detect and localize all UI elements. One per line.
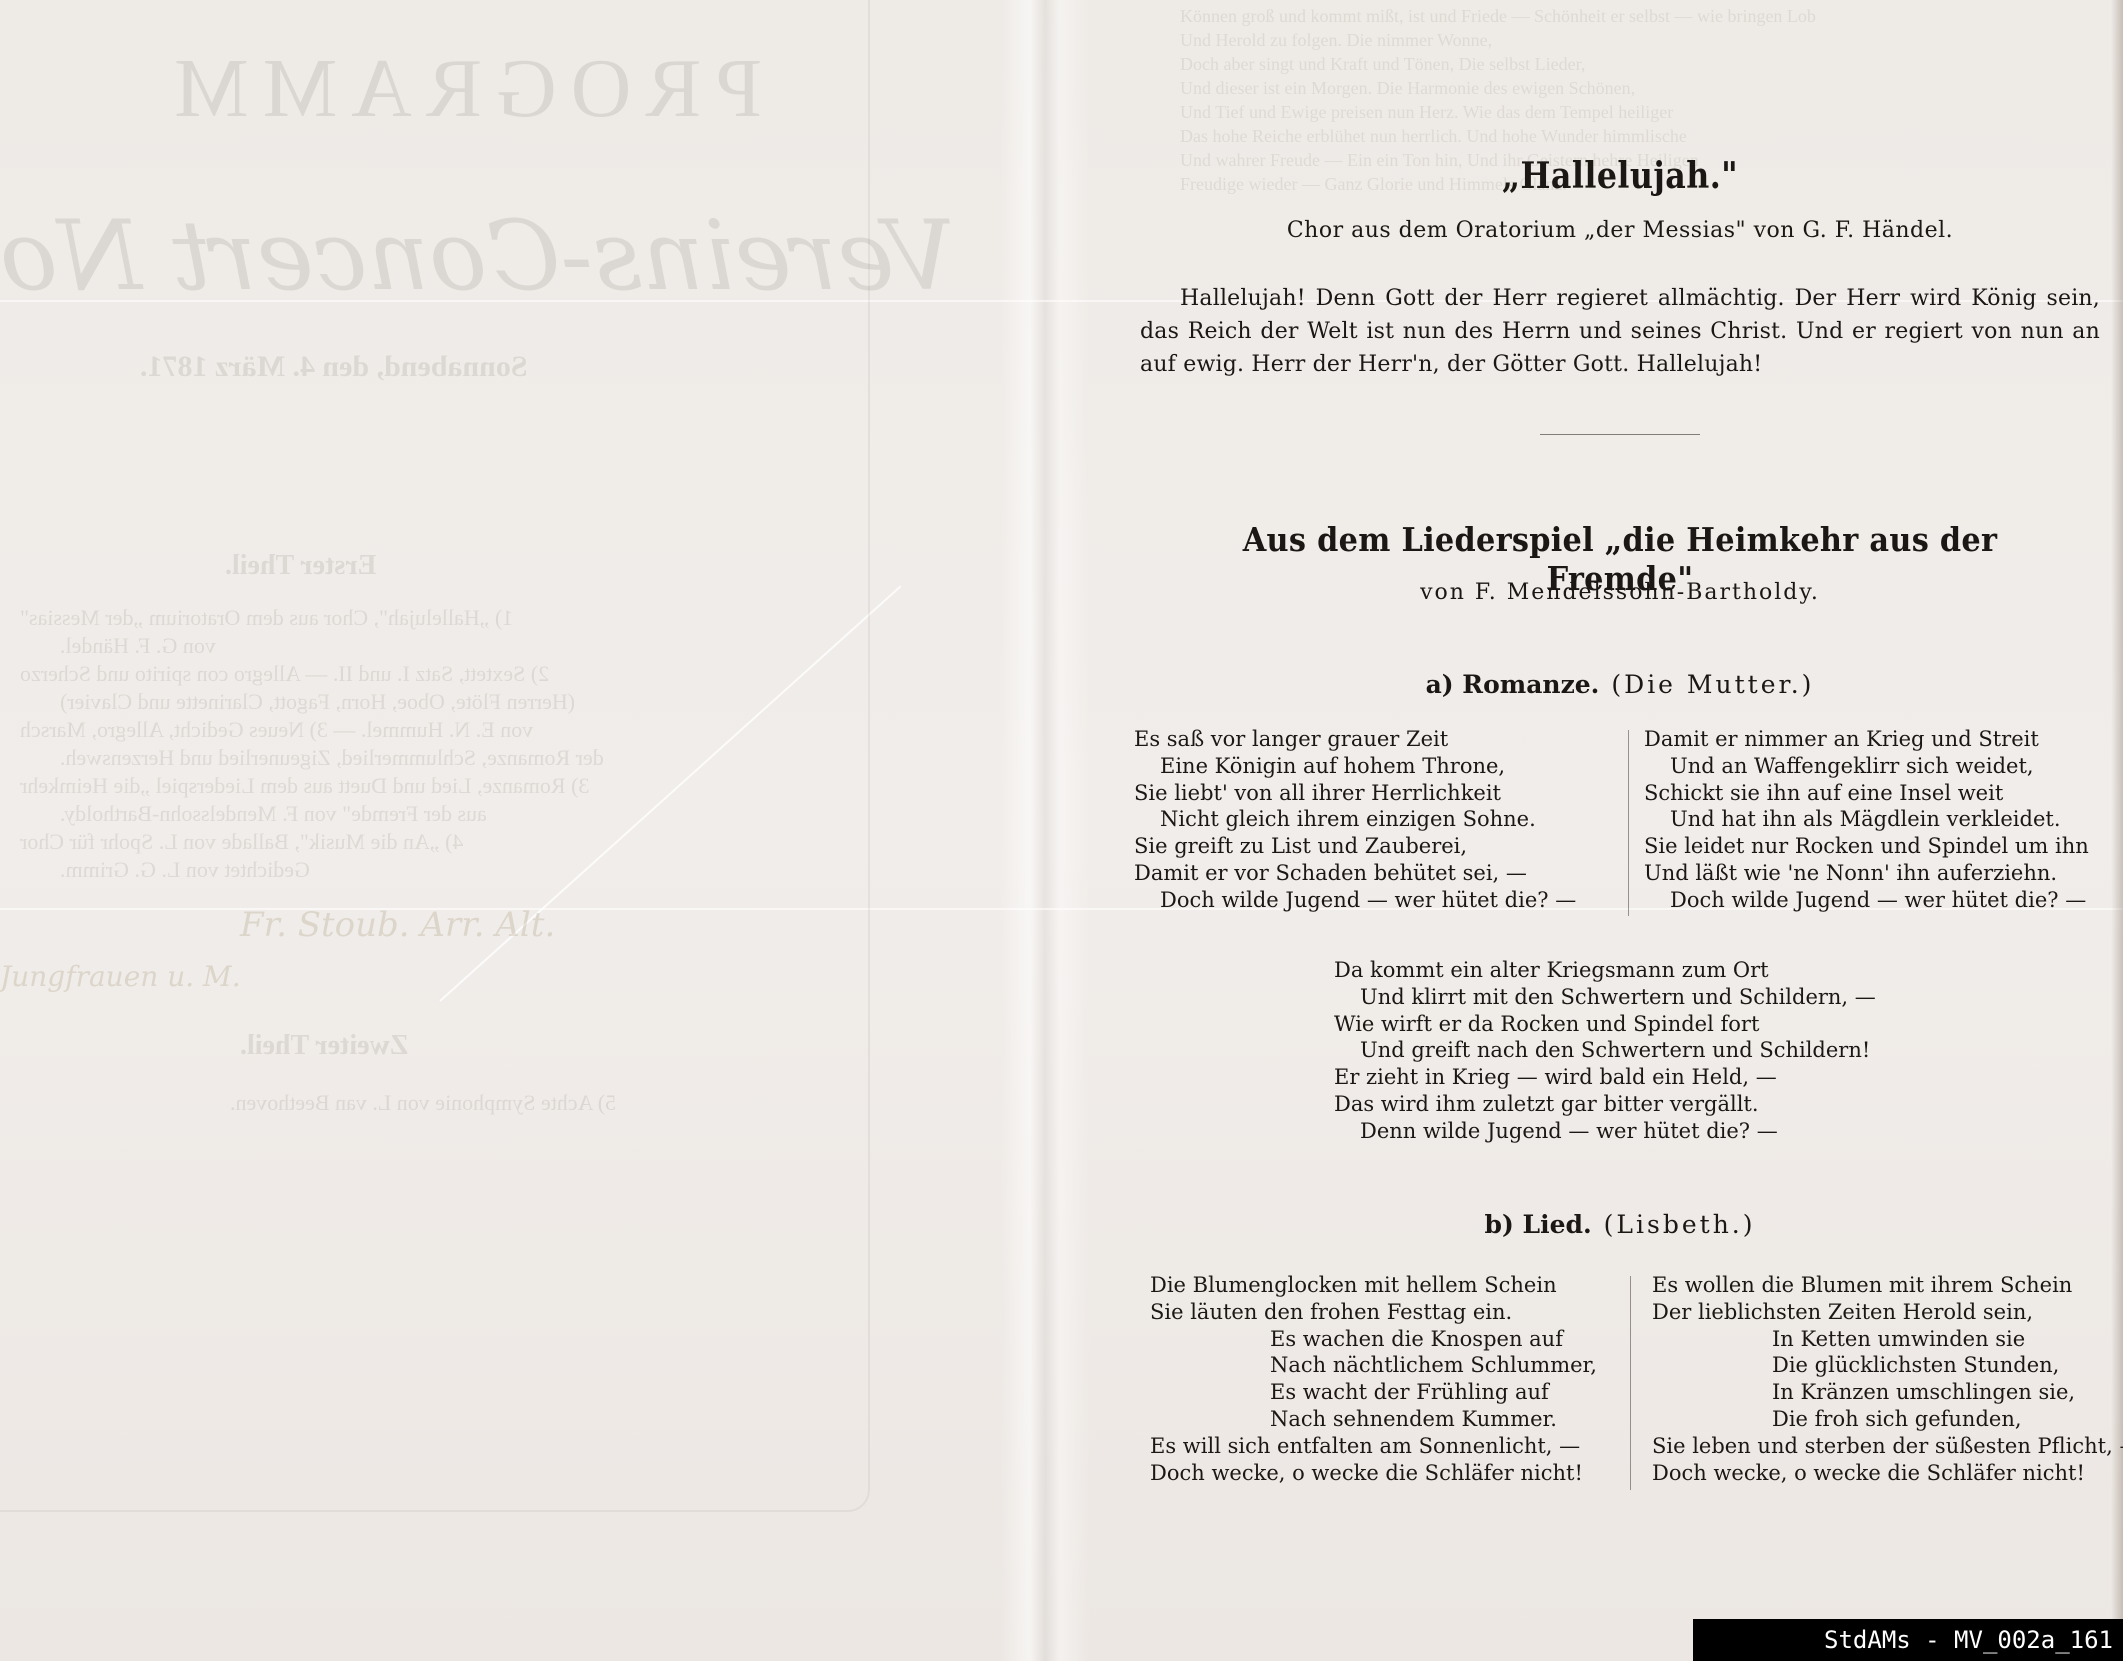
bleedthrough-line: Und dieser ist ein Morgen. Die Harmonie … xyxy=(1180,76,2100,100)
verse-line: Damit er vor Schaden behütet sei, — xyxy=(1134,860,1576,887)
hallelujah-title: „Hallelujah." xyxy=(1198,155,2043,197)
verse-line: Wie wirft er da Rocken und Spindel fort xyxy=(1334,1011,1876,1038)
lied-singer: (Lisbeth.) xyxy=(1604,1210,1756,1239)
bleedthrough-line: Und Tief und Ewige preisen nun Herz. Wie… xyxy=(1180,100,2100,124)
romanze-label: a) Romanze. xyxy=(1426,670,1600,699)
verse-line: Sie leidet nur Rocken und Spindel um ihn xyxy=(1644,833,2089,860)
verse-line: Und an Waffengeklirr sich weidet, xyxy=(1644,753,2089,780)
verse-line: Es wollen die Blumen mit ihrem Schein xyxy=(1652,1272,2123,1299)
romanze-left-column: Es saß vor langer grauer ZeitEine Königi… xyxy=(1134,726,1576,914)
bleedthrough-title: PROGRAMM xyxy=(160,40,762,137)
section-separator xyxy=(1540,434,1700,435)
verse-line: Es wacht der Frühling auf xyxy=(1150,1379,1597,1406)
verse-line: Es saß vor langer grauer Zeit xyxy=(1134,726,1576,753)
verse-line: Doch wecke, o wecke die Schläfer nicht! xyxy=(1652,1460,2123,1487)
bleedthrough-part2-heading: Zweiter Theil. xyxy=(240,1030,409,1062)
bleedthrough-line: 2) Sextett, Satz I. und II. — Allegro co… xyxy=(20,661,549,687)
bleedthrough-date: Sonnabend, den 4. März 1871. xyxy=(140,350,528,384)
verse-line: Und läßt wie 'ne Nonn' ihn auferziehn. xyxy=(1644,860,2089,887)
verse-line: Doch wilde Jugend — wer hütet die? — xyxy=(1134,887,1576,914)
verse-line: Die Blumenglocken mit hellem Schein xyxy=(1150,1272,1597,1299)
verse-line: Sie liebt' von all ihrer Herrlichkeit xyxy=(1134,780,1576,807)
verse-line: Und hat ihn als Mägdlein verkleidet. xyxy=(1644,806,2089,833)
verse-line: Nach nächtlichem Schlummer, xyxy=(1150,1352,1597,1379)
verse-line: Eine Königin auf hohem Throne, xyxy=(1134,753,1576,780)
hallelujah-lyrics: Hallelujah! Denn Gott der Herr regieret … xyxy=(1140,282,2100,381)
verse-line: Es will sich entfalten am Sonnenlicht, — xyxy=(1150,1433,1597,1460)
bleedthrough-line: Das hohe Reiche erblühet nun herrlich. U… xyxy=(1180,124,2100,148)
archive-stamp: StdAMs - MV_002a_161 xyxy=(1693,1619,2123,1661)
bleedthrough-line: aus der Fremde" von F. Mendelssohn-Barth… xyxy=(60,801,487,827)
verse-line: Da kommt ein alter Kriegsmann zum Ort xyxy=(1334,957,1876,984)
romanze-center-stanza: Da kommt ein alter Kriegsmann zum OrtUnd… xyxy=(1334,957,1876,1145)
verse-line: Doch wecke, o wecke die Schläfer nicht! xyxy=(1150,1460,1597,1487)
verse-line: Das wird ihm zuletzt gar bitter vergällt… xyxy=(1334,1091,1876,1118)
verse-line: Und klirrt mit den Schwertern und Schild… xyxy=(1334,984,1876,1011)
handwritten-note: Jungfrauen u. M. xyxy=(0,960,241,993)
bleedthrough-line: von G. F. Händel. xyxy=(60,633,216,659)
verse-line: Die glücklichsten Stunden, xyxy=(1652,1352,2123,1379)
verse-line: Die froh sich gefunden, xyxy=(1652,1406,2123,1433)
bleedthrough-line: Und Herold zu folgen. Die nimmer Wonne, xyxy=(1180,28,2100,52)
handwritten-note: Fr. Stoub. Arr. Alt. xyxy=(240,905,555,945)
romanze-heading: a) Romanze.(Die Mutter.) xyxy=(1140,670,2100,699)
bleedthrough-line: Doch aber singt und Kraft und Tönen, Die… xyxy=(1180,52,2100,76)
romanze-right-column: Damit er nimmer an Krieg und StreitUnd a… xyxy=(1644,726,2089,914)
bleedthrough-line: Gedichtet von L. G. Grimm. xyxy=(60,857,310,883)
hallelujah-subtitle: Chor aus dem Oratorium „der Messias" von… xyxy=(1140,218,2100,243)
bleedthrough-subtitle: Vereins-Concert No xyxy=(0,200,955,312)
bleedthrough-part2-item: 5) Achte Symphonie von L. van Beethoven. xyxy=(230,1090,616,1116)
romanze-singer: (Die Mutter.) xyxy=(1611,670,1814,699)
verse-line: Damit er nimmer an Krieg und Streit xyxy=(1644,726,2089,753)
verse-line: Der lieblichsten Zeiten Herold sein, xyxy=(1652,1299,2123,1326)
verse-line: Und greift nach den Schwertern und Schil… xyxy=(1334,1037,1876,1064)
verse-line: Denn wilde Jugend — wer hütet die? — xyxy=(1334,1118,1876,1145)
lied-heading: b) Lied.(Lisbeth.) xyxy=(1140,1210,2100,1239)
column-divider xyxy=(1628,730,1629,916)
bleedthrough-line: der Romanze, Schlummerlied, Zigeunerlied… xyxy=(60,745,604,771)
bleedthrough-line: 1) „Hallelujah", Chor aus dem Oratorium … xyxy=(20,605,513,631)
verse-line: Er zieht in Krieg — wird bald ein Held, … xyxy=(1334,1064,1876,1091)
verse-line: Doch wilde Jugend — wer hütet die? — xyxy=(1644,887,2089,914)
column-divider xyxy=(1630,1276,1631,1490)
lied-label: b) Lied. xyxy=(1484,1210,1591,1239)
verse-line: Sie greift zu List und Zauberei, xyxy=(1134,833,1576,860)
lied-right-column: Es wollen die Blumen mit ihrem ScheinDer… xyxy=(1652,1272,2123,1486)
verse-line: Nicht gleich ihrem einzigen Sohne. xyxy=(1134,806,1576,833)
verse-line: Sie läuten den frohen Festtag ein. xyxy=(1150,1299,1597,1326)
bleedthrough-line: (Herren Flöte, Oboe, Horn, Fagott, Clari… xyxy=(60,689,575,715)
verse-line: Sie leben und sterben der süßesten Pflic… xyxy=(1652,1433,2123,1460)
bleedthrough-part1-heading: Erster Theil. xyxy=(225,550,376,582)
verse-line: In Ketten umwinden sie xyxy=(1652,1326,2123,1353)
verse-line: Es wachen die Knospen auf xyxy=(1150,1326,1597,1353)
bleedthrough-line: von E. N. Hummel. — 3) Neues Gedicht, Al… xyxy=(20,717,533,743)
verse-line: In Kränzen umschlingen sie, xyxy=(1652,1379,2123,1406)
bleedthrough-line: 3) Romanze, Lied und Duett aus dem Liede… xyxy=(20,773,589,799)
lied-left-column: Die Blumenglocken mit hellem ScheinSie l… xyxy=(1150,1272,1597,1486)
bleedthrough-line: Können groß und kommt mißt, ist und Frie… xyxy=(1180,4,2100,28)
verse-line: Schickt sie ihn auf eine Insel weit xyxy=(1644,780,2089,807)
bleedthrough-line: 4) „An die Musik", Ballade von L. Spohr … xyxy=(20,829,463,855)
liederspiel-composer: von F. Mendelssohn-Bartholdy. xyxy=(1140,580,2100,605)
verse-line: Nach sehnendem Kummer. xyxy=(1150,1406,1597,1433)
